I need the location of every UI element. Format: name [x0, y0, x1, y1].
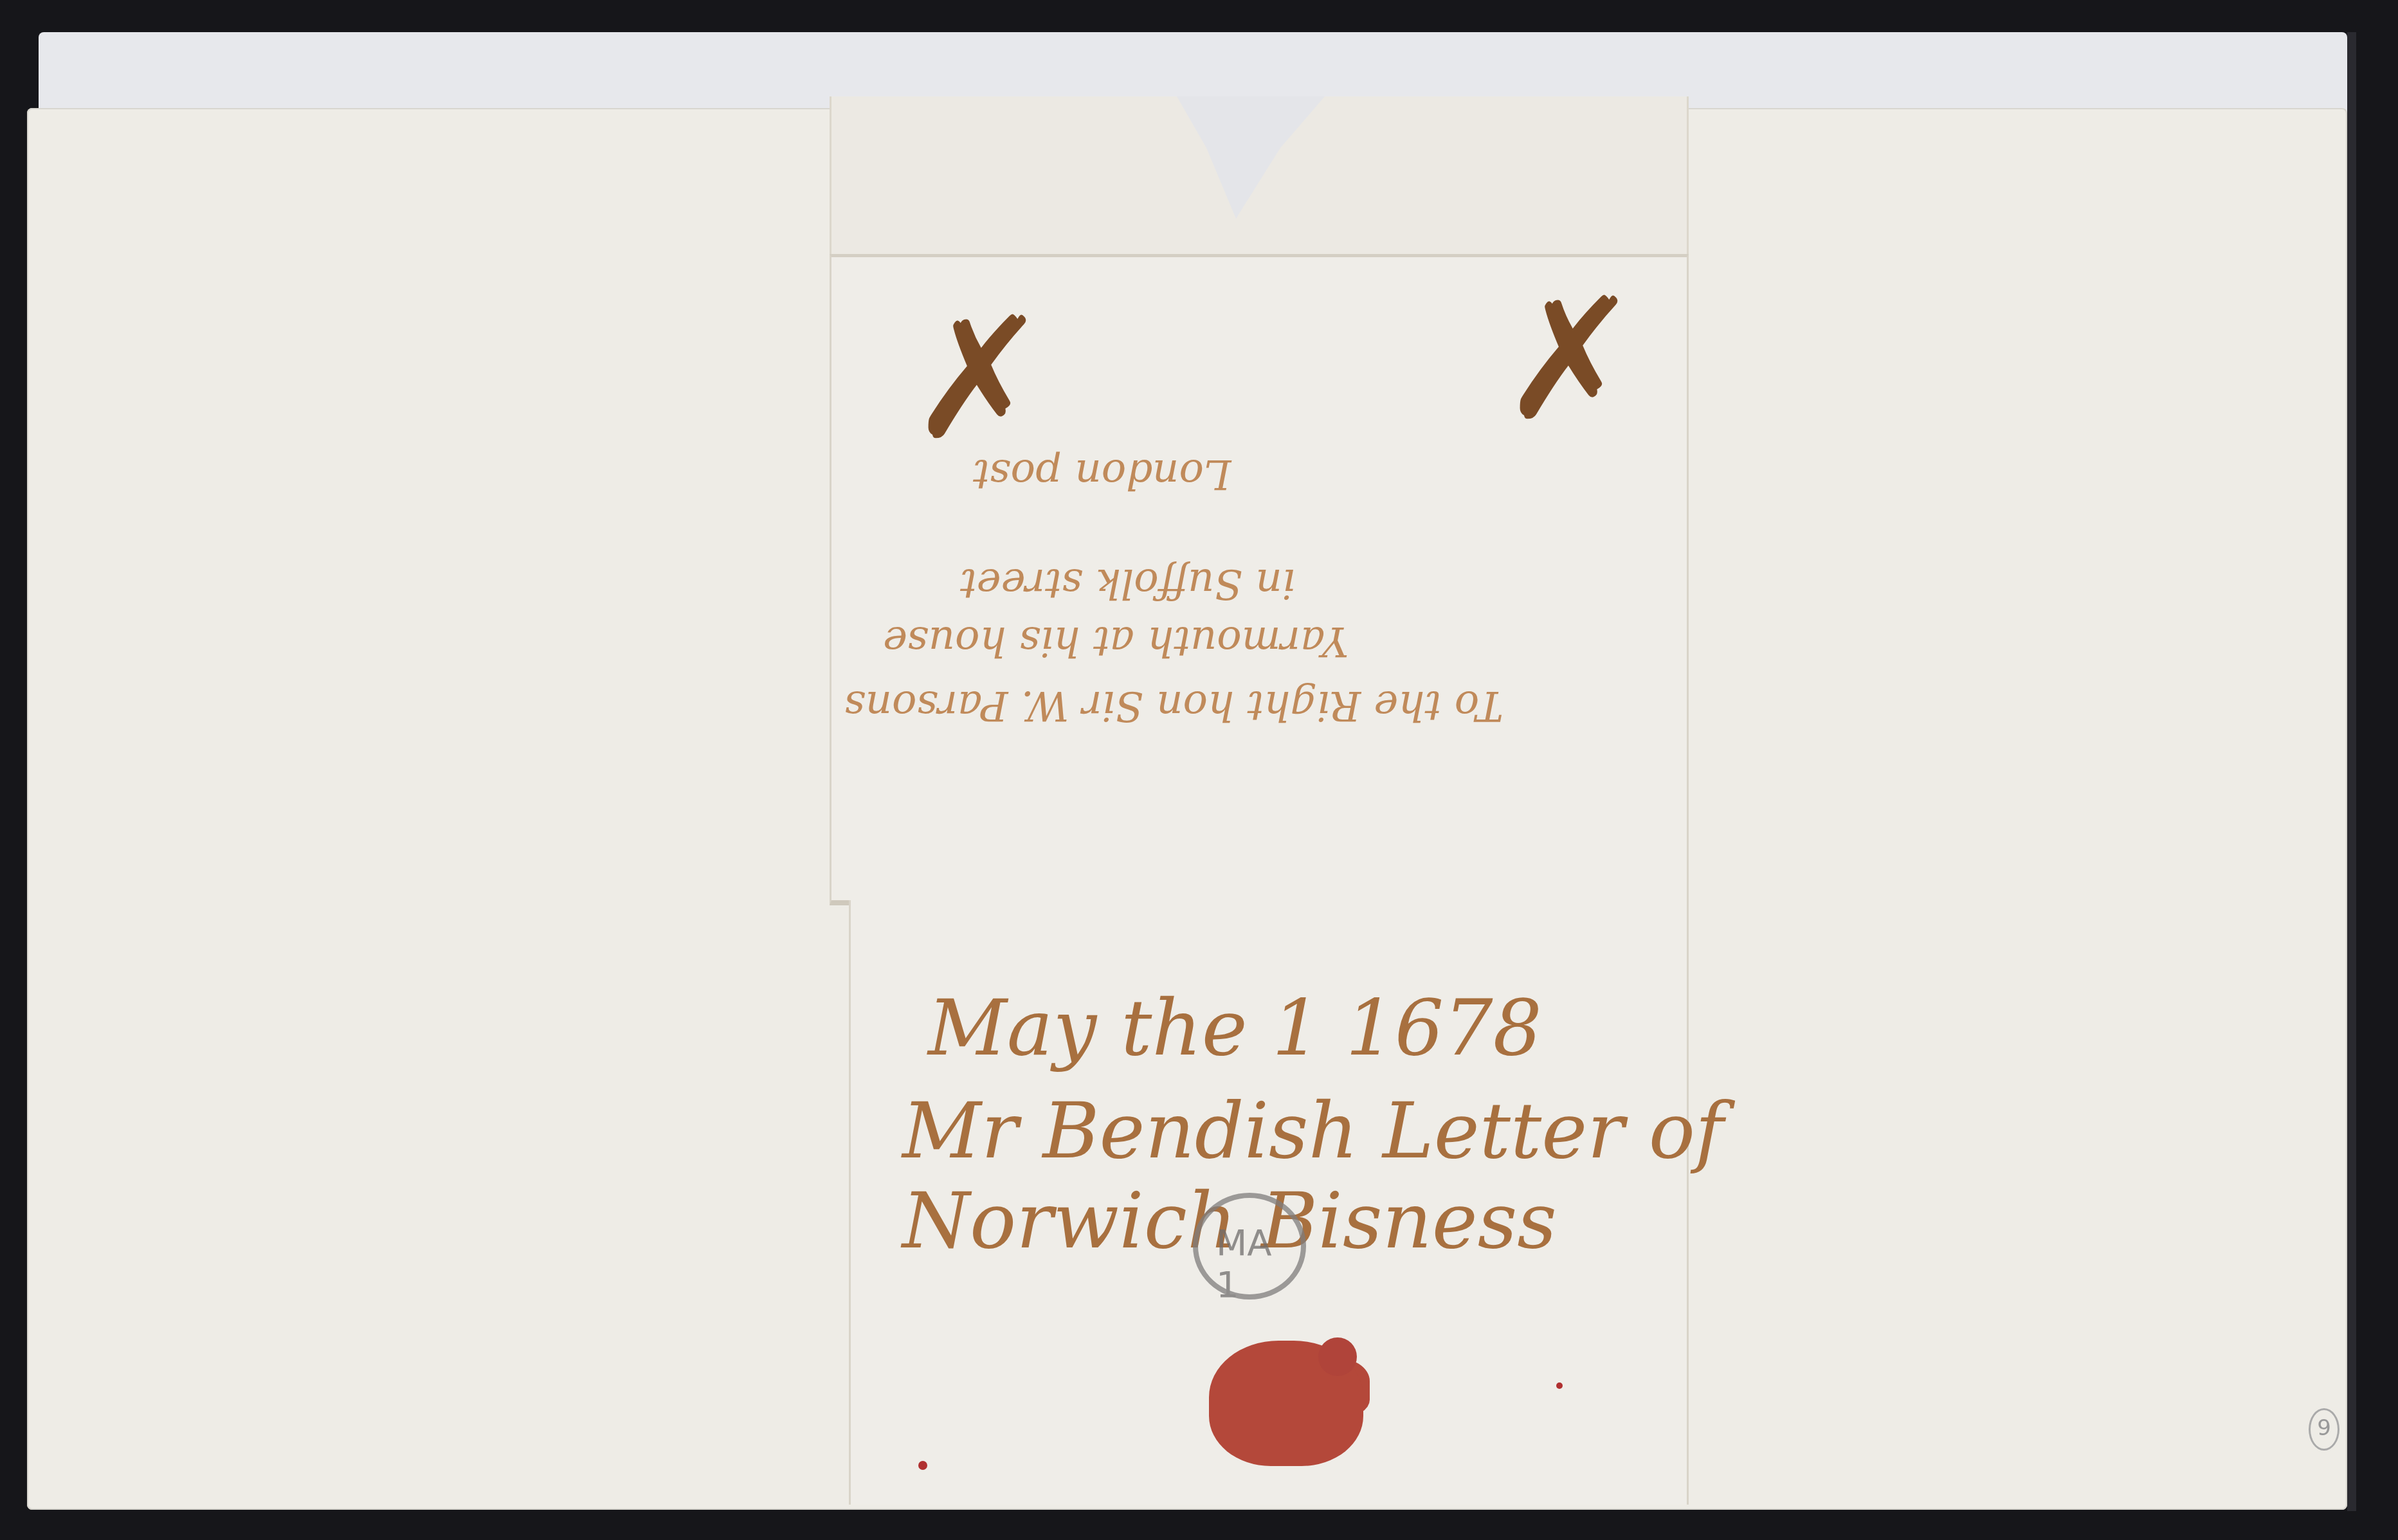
address-line-4: London post [973, 450, 1231, 498]
endorsement-line-2: Mr Bendish Letter of [902, 1087, 1723, 1176]
wax-seal-drip [1318, 1337, 1357, 1376]
wax-spot [918, 1461, 927, 1470]
mount-edge [2347, 32, 2356, 1511]
address-panel: ✗ ✗ London post in Suffolk street Yarmou… [830, 254, 1689, 905]
wax-spot [1556, 1382, 1563, 1389]
cross-mark-right-icon: ✗ [1500, 276, 1640, 444]
bishop-mark-postmark: MA 1 [1193, 1193, 1306, 1300]
endorsement-date: May the 1 1678 [928, 984, 1542, 1073]
folio-number: 9 [2309, 1408, 2339, 1451]
address-line-3: in Suffolk street [960, 559, 1295, 607]
cross-mark-left-icon: ✗ [909, 296, 1049, 463]
address-line-2: Yarmouth at his house [883, 617, 1349, 665]
address-line-1: To the Right hon Sir W. Parsons [844, 682, 1503, 729]
